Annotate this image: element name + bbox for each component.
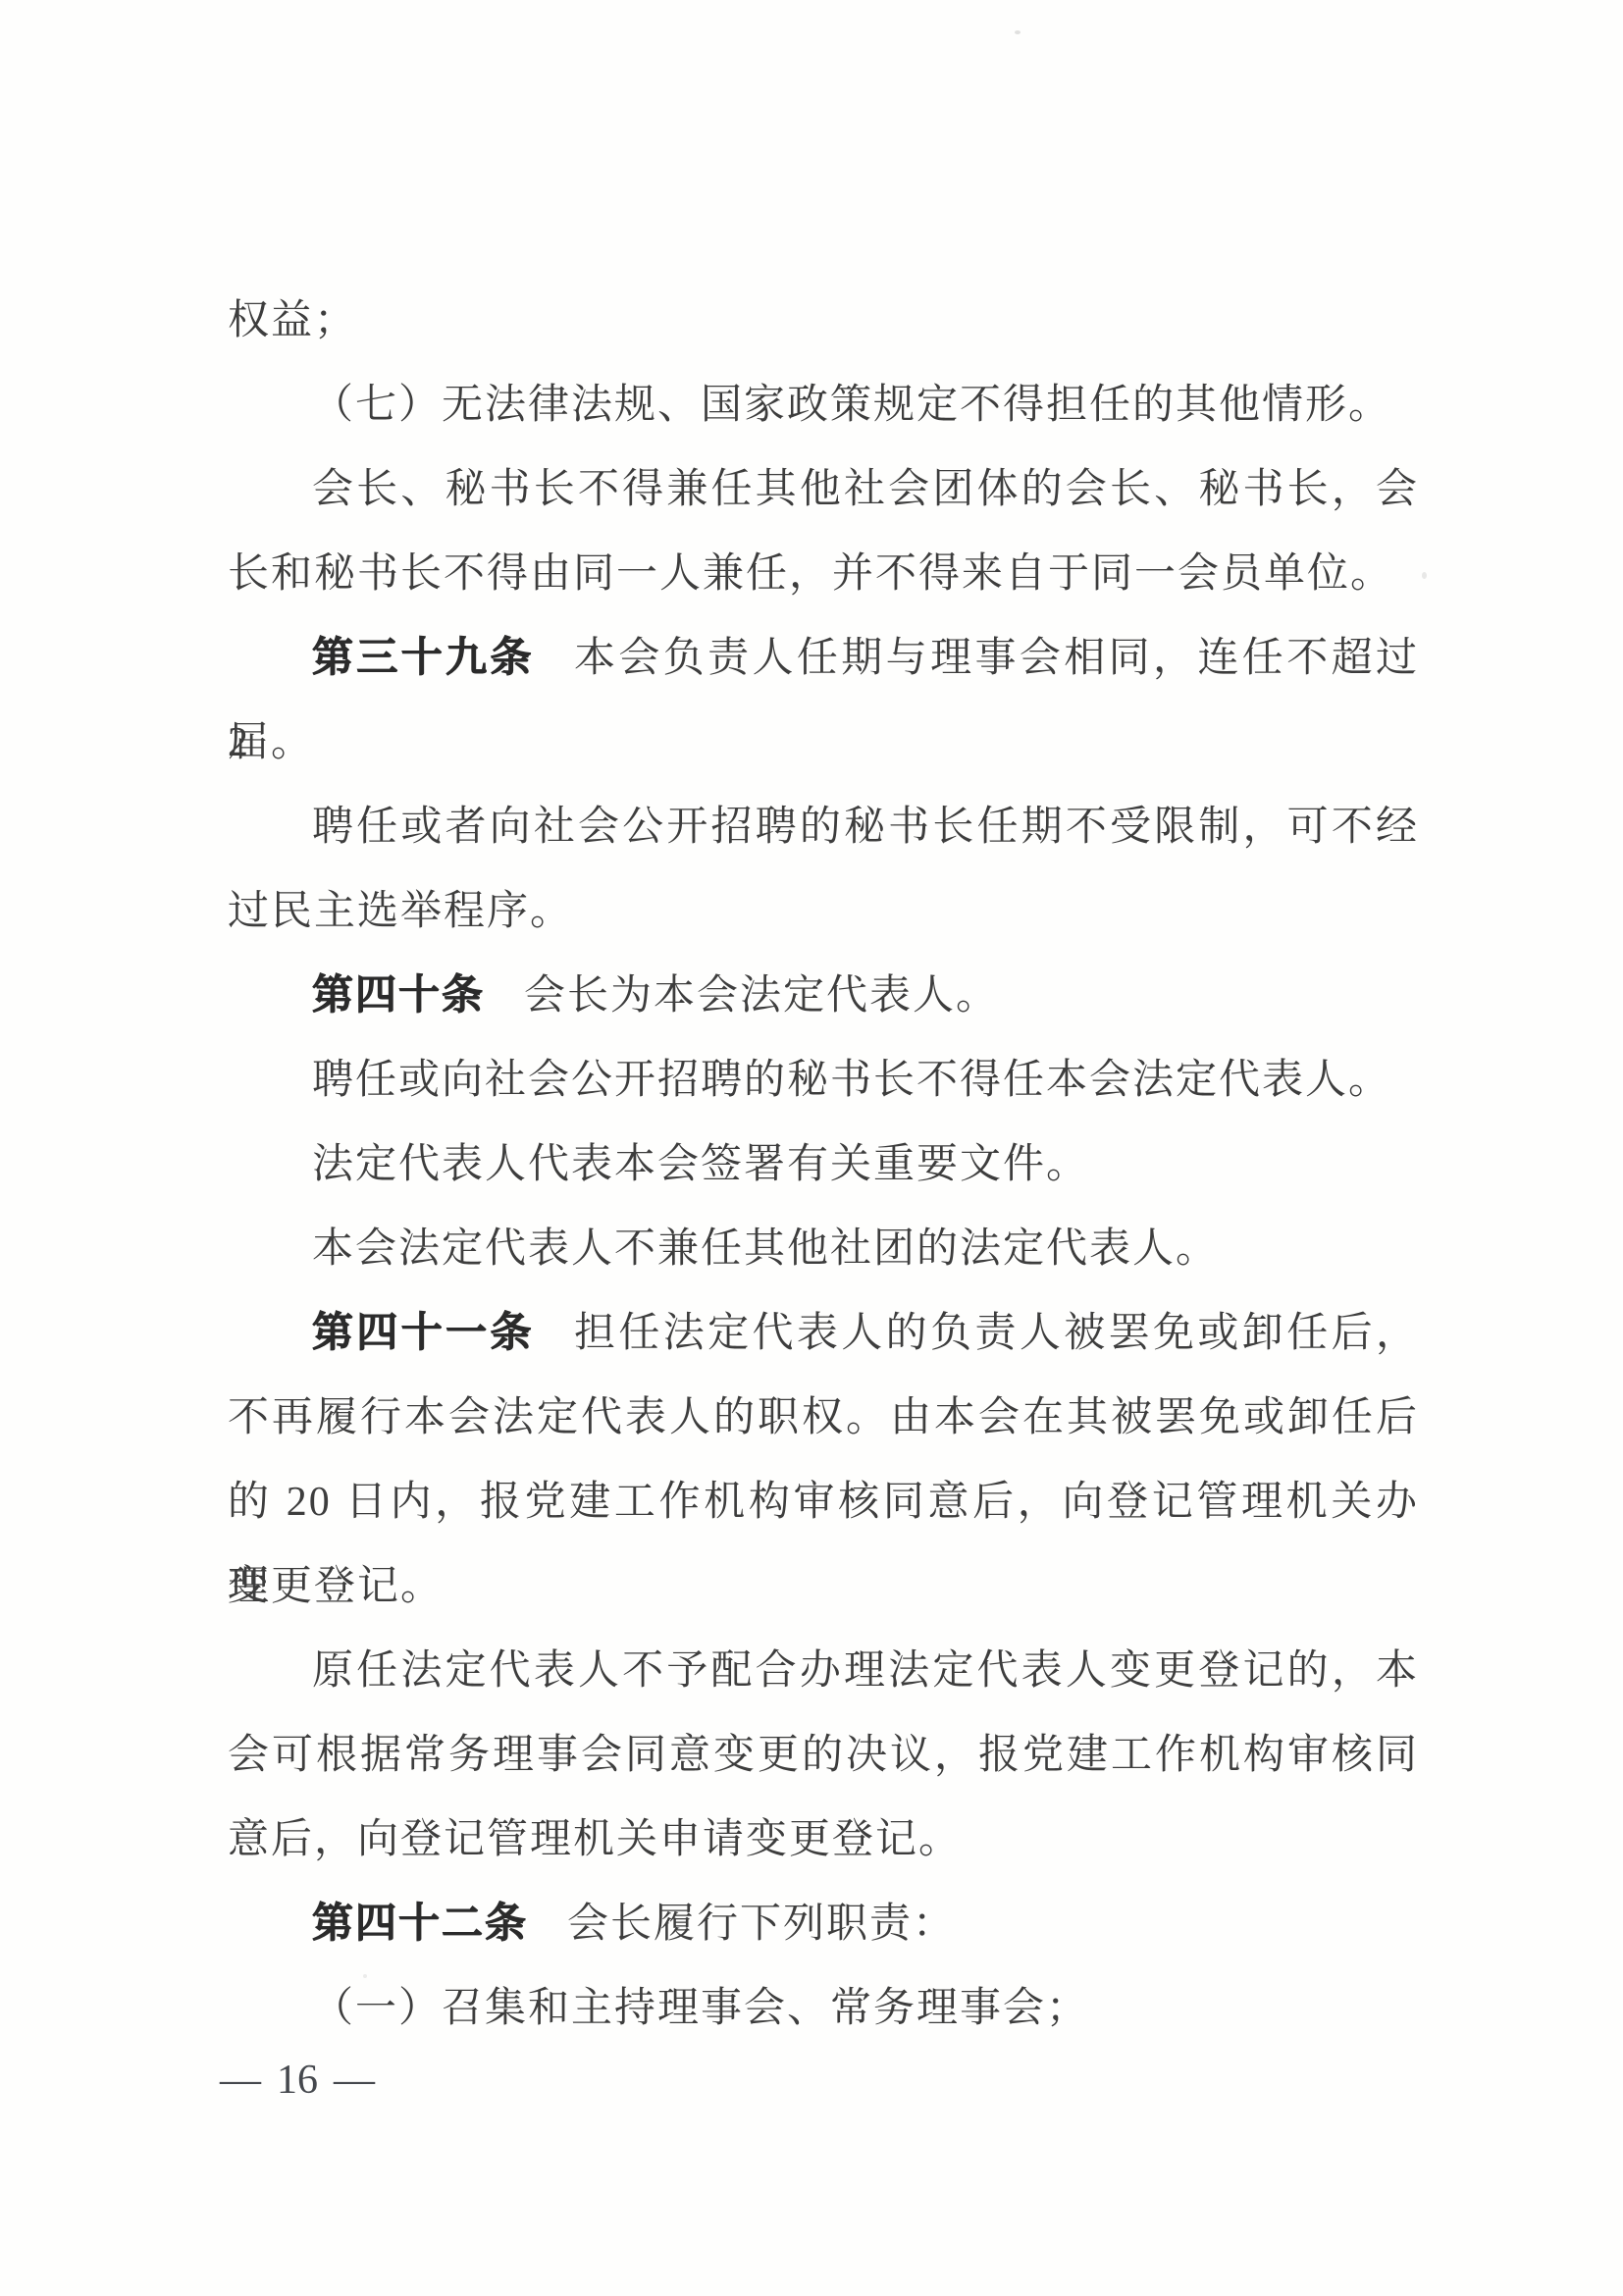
line-text: 过民主选举程序。 [228,889,573,934]
text-line: 法定代表人代表本会签署有关重要文件。 [228,1122,1419,1207]
page-body: 权益；（七）无法律法规、国家政策规定不得担任的其他情形。会长、秘书长不得兼任其他… [228,279,1419,2051]
document-page: 权益；（七）无法律法规、国家政策规定不得担任的其他情形。会长、秘书长不得兼任其他… [0,0,1623,2296]
page-number: 16 [277,2053,318,2108]
text-line: 权益； [228,279,1419,363]
line-text: 不再履行本会法定代表人的职权。由本会在其被罢免或卸任后 [228,1395,1419,1440]
text-line: 第四十一条担任法定代表人的负责人被罢免或卸任后， [228,1291,1419,1376]
text-line: （一）召集和主持理事会、常务理事会； [228,1966,1419,2051]
text-line: 第四十二条会长履行下列职责： [228,1882,1419,1966]
line-text: 长和秘书长不得由同一人兼任，并不得来自于同一会员单位。 [228,551,1393,597]
text-line: 变更登记。 [228,1544,1419,1629]
line-text: 聘任或向社会公开招聘的秘书长不得任本会法定代表人。 [312,1058,1391,1103]
article-number: 第四十一条 [312,1311,535,1356]
text-line: 会长、秘书长不得兼任其他社会团体的会长、秘书长，会 [228,447,1419,532]
text-line: 会可根据常务理事会同意变更的决议，报党建工作机构审核同 [228,1713,1419,1798]
line-text: 会长为本会法定代表人。 [524,973,999,1018]
text-line: 聘任或者向社会公开招聘的秘书长任期不受限制，可不经 [228,785,1419,869]
line-text: 聘任或者向社会公开招聘的秘书长任期不受限制，可不经 [312,805,1419,850]
line-text: （七）无法律法规、国家政策规定不得担任的其他情形。 [312,383,1391,428]
line-text: 原任法定代表人不予配合办理法定代表人变更登记的，本 [312,1648,1419,1694]
text-line: 原任法定代表人不予配合办理法定代表人变更登记的，本 [228,1629,1419,1713]
text-line: 的 20 日内，报党建工作机构审核同意后，向登记管理机关办理 [228,1460,1419,1544]
text-line: 本会法定代表人不兼任其他社团的法定代表人。 [228,1207,1419,1291]
text-line: 过民主选举程序。 [228,869,1419,954]
article-number: 第三十九条 [312,636,535,681]
line-text: 法定代表人代表本会签署有关重要文件。 [312,1142,1089,1187]
line-text: 担任法定代表人的负责人被罢免或卸任后， [574,1311,1419,1356]
page-footer: —16— [220,2053,375,2108]
text-line: 意后，向登记管理机关申请变更登记。 [228,1798,1419,1882]
line-text: 届。 [228,720,314,765]
line-text: 本会法定代表人不兼任其他社团的法定代表人。 [312,1226,1219,1272]
text-line: 不再履行本会法定代表人的职权。由本会在其被罢免或卸任后 [228,1376,1419,1460]
footer-dash-right: — [334,2053,375,2108]
text-line: 第四十条会长为本会法定代表人。 [228,954,1419,1038]
text-line: 届。 [228,701,1419,785]
line-text: （一）召集和主持理事会、常务理事会； [312,1986,1089,2031]
line-text: 意后，向登记管理机关申请变更登记。 [228,1817,962,1862]
text-line: 第三十九条本会负责人任期与理事会相同，连任不超过 2 [228,616,1419,701]
footer-dash-left: — [220,2053,261,2108]
article-number: 第四十二条 [312,1902,528,1947]
scan-speck [1015,30,1021,34]
line-text: 会长、秘书长不得兼任其他社会团体的会长、秘书长，会 [312,467,1419,512]
scan-speck [1422,572,1427,579]
text-line: （七）无法律法规、国家政策规定不得担任的其他情形。 [228,363,1419,447]
scan-speck [363,1974,367,1978]
line-text: 变更登记。 [228,1564,444,1609]
text-line: 长和秘书长不得由同一人兼任，并不得来自于同一会员单位。 [228,532,1419,616]
text-line: 聘任或向社会公开招聘的秘书长不得任本会法定代表人。 [228,1038,1419,1122]
article-number: 第四十条 [312,973,485,1018]
line-text: 会可根据常务理事会同意变更的决议，报党建工作机构审核同 [228,1733,1419,1778]
line-text: 会长履行下列职责： [567,1902,956,1947]
line-text: 权益； [228,298,357,343]
